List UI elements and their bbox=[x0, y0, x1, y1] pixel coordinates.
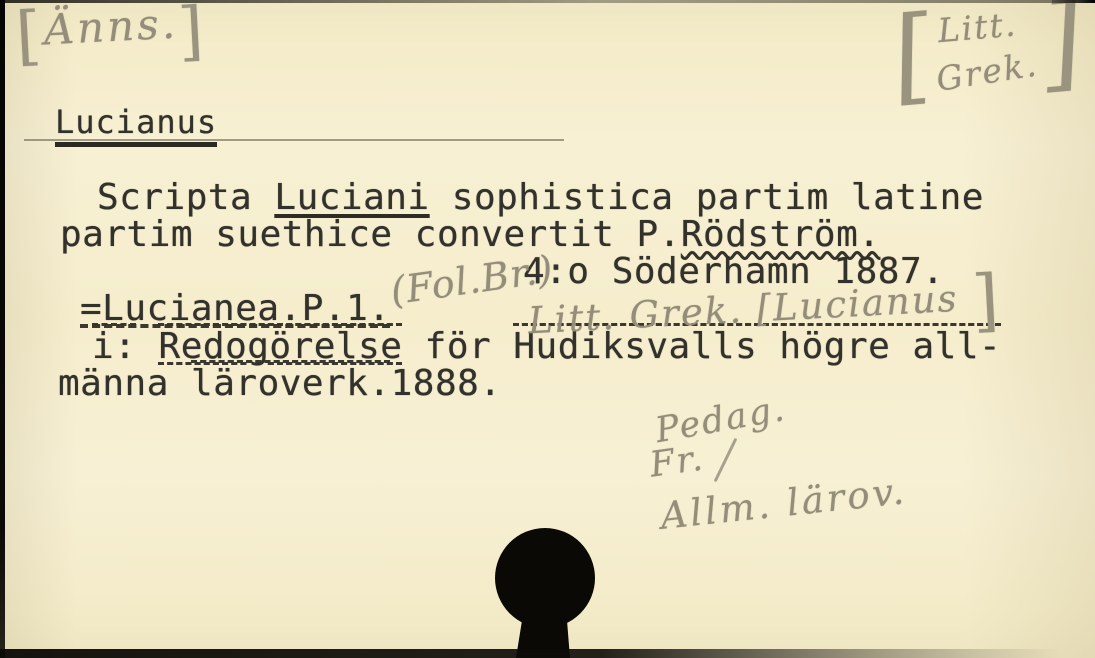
line6-host-title: läroverk. bbox=[191, 363, 391, 404]
annotation-top-left-text: Änns. bbox=[42, 0, 179, 54]
close-bracket: ] bbox=[1039, 0, 1084, 91]
line6-pre: männa bbox=[58, 363, 191, 404]
heading-author: Lucianus bbox=[55, 106, 217, 147]
line2-pre: partim suethice convertit P. bbox=[60, 214, 681, 255]
close-bracket: ] bbox=[176, 0, 208, 69]
line5-host-title-1: Redogörelse bbox=[159, 326, 403, 367]
typed-line-2: partim suethice convertit P.Rödström. bbox=[60, 217, 880, 253]
line1-pre: Scripta bbox=[97, 177, 274, 218]
catalog-rod-hole bbox=[488, 524, 604, 658]
annotation-top-left: [Änns.] bbox=[14, 0, 207, 71]
line1-underlined-title: Luciani bbox=[274, 177, 429, 218]
line2-translator-name: Rödström. bbox=[681, 214, 881, 255]
close-bracket: ] bbox=[970, 261, 1003, 341]
annotation-subject-2: Fr. bbox=[647, 438, 706, 485]
catalog-card: [Änns.] [ Litt. Grek. ] Lucianus Scripta… bbox=[0, 0, 1095, 658]
line6-year: 1888. bbox=[391, 363, 502, 404]
typed-line-4-series: =Lucianea.P.1. bbox=[80, 291, 390, 327]
card-edge-bottom bbox=[0, 649, 1095, 658]
classification-line-1: Litt. bbox=[936, 3, 1035, 50]
classification-line-2: Grek. bbox=[933, 44, 1040, 99]
annotation-top-right: [ Litt. Grek. ] bbox=[889, 0, 1086, 104]
line5-in-marker: i: bbox=[92, 326, 136, 367]
typed-line-1: Scripta Luciani sophistica partim latine bbox=[97, 180, 984, 216]
line5-space bbox=[136, 326, 158, 367]
line5-mid: för bbox=[402, 326, 513, 367]
open-bracket: [ bbox=[14, 0, 46, 74]
typed-line-6: männa läroverk.1888. bbox=[58, 366, 502, 402]
open-bracket: [ bbox=[893, 6, 935, 104]
card-edge-left bbox=[0, 0, 5, 658]
pencil-stroke bbox=[714, 438, 738, 482]
card-edge-top bbox=[0, 0, 1095, 3]
line1-post: sophistica partim latine bbox=[430, 177, 984, 218]
